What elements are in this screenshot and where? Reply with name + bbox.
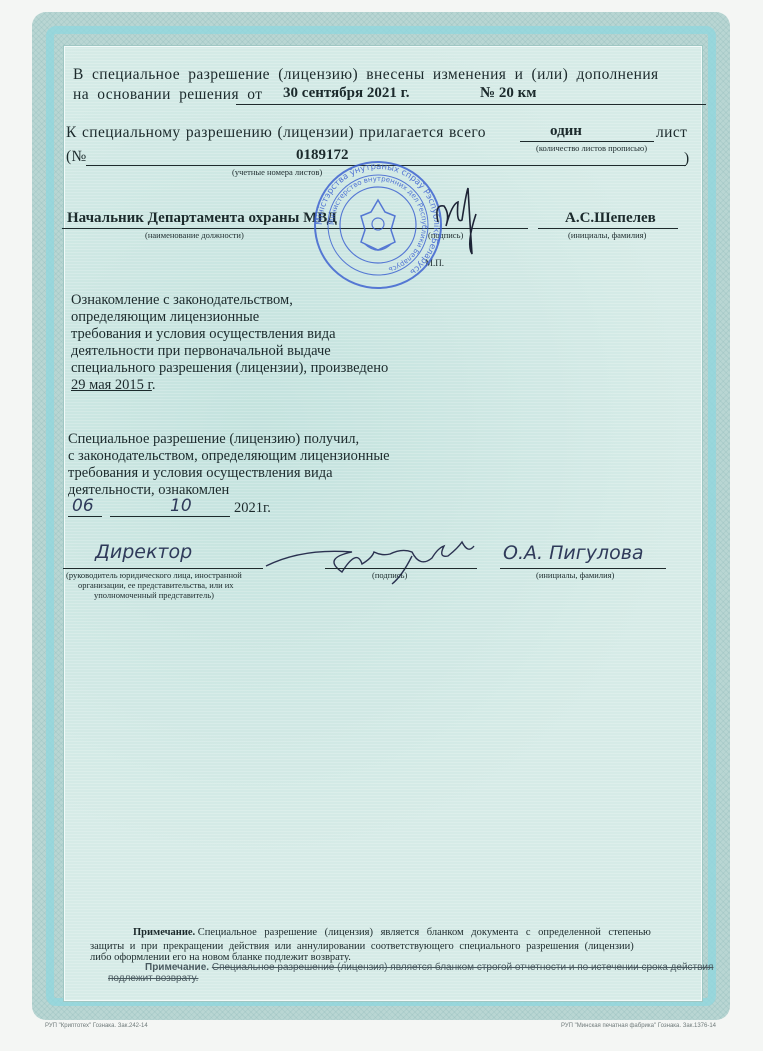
attachment-suffix: лист xyxy=(656,124,687,142)
struck-note-line-1-text: Специальное разрешение (лицензия) являет… xyxy=(212,962,714,973)
receipt-line-1: Специальное разрешение (лицензию) получи… xyxy=(68,431,359,448)
sheet-numbers-caption: (учетные номера листов) xyxy=(232,167,322,177)
issuer-signature xyxy=(432,184,482,266)
receipt-day: 06 xyxy=(72,496,94,516)
receipt-day-underline xyxy=(68,516,102,517)
footer-left: РУП "Криптотех" Гознака. Зак.242-14 xyxy=(45,1023,148,1029)
familiarization-line-2: определяющим лицензионные xyxy=(71,309,259,326)
count-caption: (количество листов прописью) xyxy=(536,143,647,153)
attachment-prefix: К специальному разрешению (лицензии) при… xyxy=(66,124,486,142)
struck-note-line-2: подлежит возврату. xyxy=(108,973,198,984)
familiarization-line-1: Ознакомление с законодательством, xyxy=(71,292,293,309)
issuer-name: А.С.Шепелев xyxy=(565,210,656,227)
note-line-2: защиты и при прекращении действия или ан… xyxy=(90,941,634,952)
recipient-name-caption: (инициалы, фамилия) xyxy=(536,570,614,580)
footer-right: РУП "Минская печатная фабрика" Гознака. … xyxy=(561,1023,716,1029)
familiarization-date-end: . xyxy=(152,377,156,393)
sheet-number-prefix: (№ xyxy=(66,148,87,166)
recipient-signature-underline xyxy=(325,568,477,569)
attachment-count-underline xyxy=(520,141,654,142)
attachment-count: один xyxy=(550,123,582,140)
sheet-number-suffix: ) xyxy=(684,150,690,168)
receipt-year: 2021 xyxy=(234,500,263,516)
decision-date: 30 сентября 2021 г. xyxy=(283,85,410,102)
familiarization-date: 29 мая 2015 г xyxy=(71,377,152,393)
decision-number: № 20 км xyxy=(480,85,536,102)
note-line-1-text: Специальное разрешение (лицензия) являет… xyxy=(198,927,651,938)
note-label: Примечание. xyxy=(133,927,195,938)
recipient-position-caption-3: уполномоченный представитель) xyxy=(94,590,214,600)
familiarization-date-line: 29 мая 2015 г. xyxy=(71,377,156,394)
receipt-line-3: требования и условия осуществления вида xyxy=(68,465,333,482)
familiarization-line-3: требования и условия осуществления вида xyxy=(71,326,336,343)
note-line-1: Примечание. Специальное разрешение (лице… xyxy=(133,927,651,938)
receipt-month: 10 xyxy=(170,496,192,516)
official-stamp-icon: Міністэрства ўнутраных спраў Рэспублікі … xyxy=(313,160,443,290)
recipient-name-underline xyxy=(500,568,666,569)
receipt-year-line: 2021г. xyxy=(234,500,271,517)
recipient-position-underline xyxy=(63,568,263,569)
recipient-position: Директор xyxy=(95,541,192,563)
amendment-line-1: В специальное разрешение (лицензию) внес… xyxy=(73,66,659,84)
amendment-line-2-prefix: на основании решения от xyxy=(73,86,262,104)
issuer-position-caption: (наименование должности) xyxy=(145,230,244,240)
receipt-year-suffix: г. xyxy=(263,500,271,516)
familiarization-line-4: деятельности при первоначальной выдаче xyxy=(71,343,331,360)
receipt-month-underline xyxy=(110,516,230,517)
recipient-position-caption-1: (руководитель юридического лица, иностра… xyxy=(66,570,242,580)
decision-underline xyxy=(236,104,706,105)
issuer-position: Начальник Департамента охраны МВД xyxy=(67,210,337,227)
svg-text:Министерство внутренних дел Ре: Министерство внутренних дел Республики Б… xyxy=(328,175,428,274)
issuer-name-underline xyxy=(538,228,678,229)
recipient-position-caption-2: организации, ее представительства, или и… xyxy=(78,580,234,590)
issuer-name-caption: (инициалы, фамилия) xyxy=(568,230,646,240)
familiarization-line-5: специального разрешения (лицензии), прои… xyxy=(71,360,388,377)
struck-note-line-1: Примечание. Специальное разрешение (лице… xyxy=(145,962,713,973)
recipient-name: О.А. Пигулова xyxy=(503,542,644,564)
receipt-line-2: с законодательством, определяющим лиценз… xyxy=(68,448,390,465)
struck-note-label: Примечание. xyxy=(145,962,209,973)
recipient-signature-caption: (подпись) xyxy=(372,570,407,580)
